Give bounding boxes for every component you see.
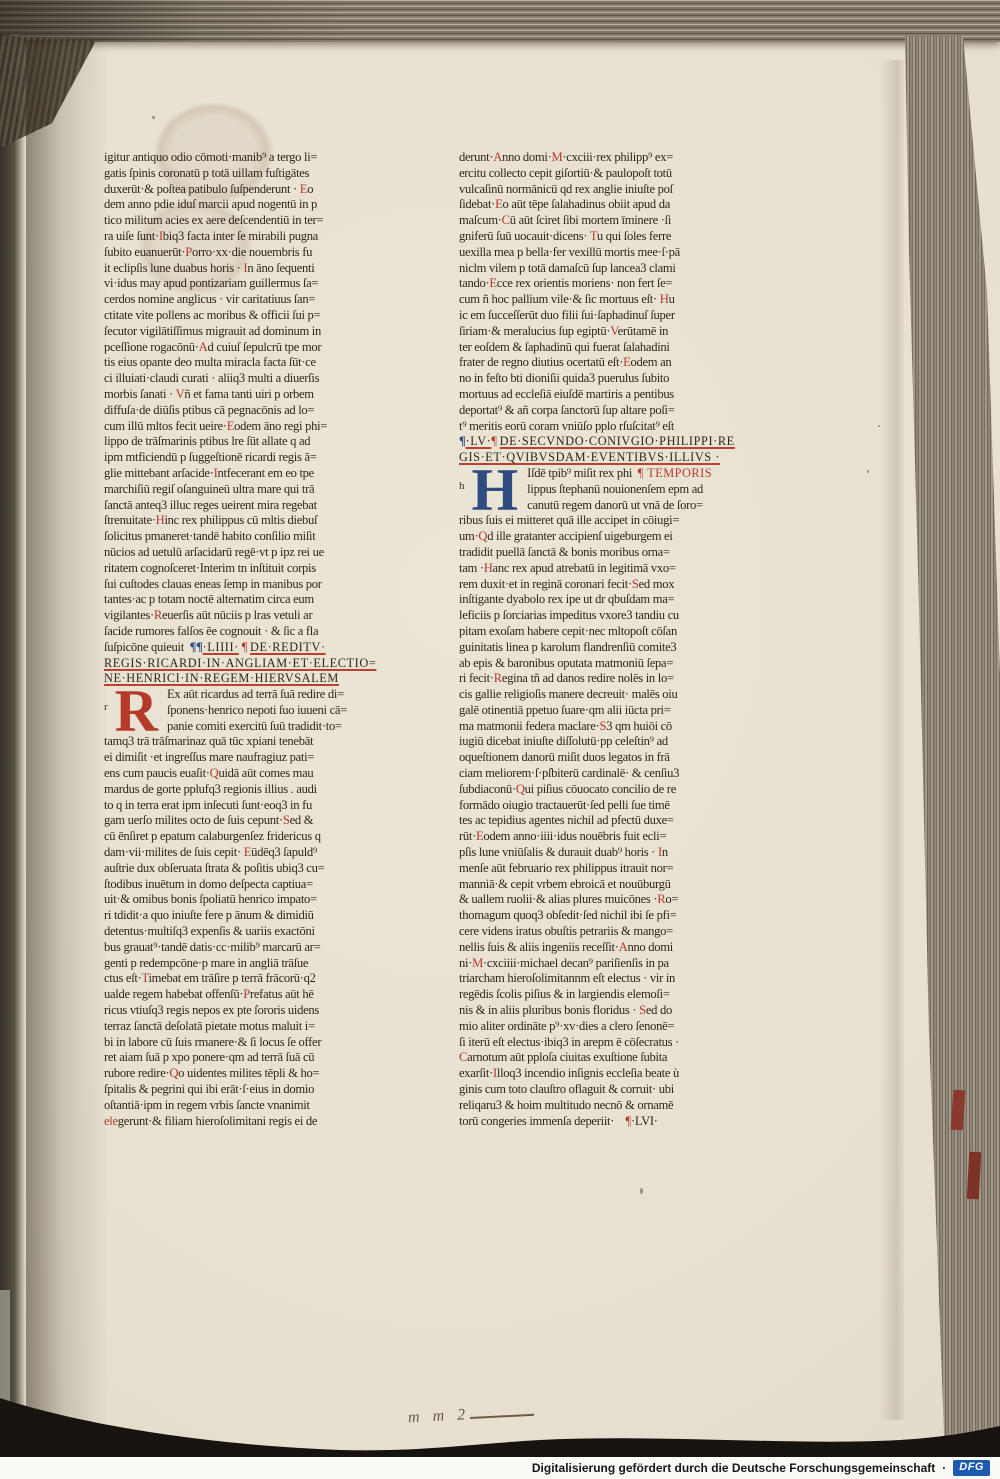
text-line: cis gallie religioſis manere decreuit· m… — [459, 687, 791, 703]
rubric-segment: H — [484, 561, 493, 575]
text-segment: ·cxciiii·michael decan⁹ pariſienſis in p… — [483, 956, 669, 970]
text-segment: oqueſtionem danorū miſit duos legatos in… — [459, 750, 670, 764]
text-line: ritatem cognoſceret·Interim tn inſtituit… — [104, 561, 436, 577]
text-line: REGIS·RICARDI·IN·ANGLIAM·ET·ELECTIO= — [104, 656, 436, 672]
text-segment: ſidebat· — [459, 197, 495, 211]
text-line: mardus de gorte pplufq3 regionis illius … — [104, 782, 436, 798]
text-segment: o — [307, 182, 313, 196]
text-segment: ſecutor vigilātiſſimus migrauit ad domin… — [104, 324, 321, 338]
text-line: ic em ſucceſſerūt duo filii ſui·ſaphadin… — [459, 308, 791, 324]
text-segment: rubore redire· — [104, 1066, 169, 1080]
text-segment: nellis ſuis & aliis ingeniis receſſit· — [459, 940, 619, 954]
text-segment: tantes·ac p totam noctē alternatim circa… — [104, 592, 314, 606]
text-segment: ed & — [290, 813, 314, 827]
text-segment: 3 qm huiōi cō — [606, 719, 672, 733]
text-segment: ui piſius cōuocato concilio de re — [525, 782, 676, 796]
chapter-heading-caps: ·LV· — [466, 434, 492, 448]
initial-letter: R — [115, 688, 158, 734]
text-segment: triarcham hieroſolimitannm eſt electus ·… — [459, 971, 675, 985]
text-line: ri tdidit·a quo iniuſte fere p ānum & di… — [104, 908, 436, 924]
rubric-segment: P — [243, 987, 250, 1001]
text-line: tando·Ecce rex orientis moriens· non fer… — [459, 276, 791, 292]
text-segment: ſolicitus pmaneret·tandē habito conſilio… — [104, 529, 315, 543]
illuminated-initial-H: hH — [459, 467, 518, 513]
text-segment: dam·vii·milites de ſuis cepit· — [104, 845, 244, 859]
text-line: nis & in aliis pluribus bonis floridus ·… — [459, 1003, 791, 1019]
text-segment: iugiū dicebat iniuſte diſſolutū·pp celeſ… — [459, 734, 668, 748]
text-segment: dem anno pdie iduſ marcii apud nogentū i… — [104, 197, 317, 211]
rubric-segment: R — [494, 671, 502, 685]
digitization-credit: Digitalisierung gefördert durch die Deut… — [532, 1461, 935, 1475]
text-line: it eclipſis lune duabus horis · In āno ſ… — [104, 261, 436, 277]
text-line: ra uiſe ſunt·Ibiq3 facta inter ſe mirabi… — [104, 229, 436, 245]
text-segment: it eclipſis lune duabus horis · — [104, 261, 243, 275]
text-line: cum illū mltos fecit ueire·Eodem āno reg… — [104, 419, 436, 435]
text-line: & uallem ruolii·& alias plures muicōnes … — [459, 892, 791, 908]
rubric-segment: E — [489, 276, 496, 290]
text-line: gam uerſo milites octo de ſuis cepunt·Se… — [104, 813, 436, 829]
illuminated-initial-R: rR — [104, 688, 158, 734]
text-segment: cce rex orientis moriens· non fert ſe= — [497, 276, 672, 290]
text-segment: refatus aūt hē — [250, 987, 314, 1001]
text-line: terraz ſanctā deſolatā pietate motus mal… — [104, 1019, 436, 1035]
text-line: GIS·ET·QVIBVSDAM·EVENTIBVS·ILLIVS · — [459, 450, 791, 466]
text-segment: uit·& omibus bonis ſpoliatū henrico impa… — [104, 892, 317, 906]
text-segment: o aūt tēpe ſalahadinus obiit apud da — [502, 197, 670, 211]
text-segment: leficiis p ſorciarias impeditus vxore3 t… — [459, 608, 679, 622]
book-fore-edge-pages — [895, 36, 1000, 1460]
text-line: NE·HENRICI·IN·REGEM·HIERVSALEM — [104, 671, 436, 687]
text-line: ercitu collecto cepit giſortiū·& paulopo… — [459, 166, 791, 182]
text-line: to q in terra erat ipm inſecuti ſunt·eoq… — [104, 798, 436, 814]
text-segment: ricus vtiuſq3 regis nepos ex pte ſororis… — [104, 1003, 319, 1017]
text-segment: diffuſa·de diūſis ptibus cā pegnacōnis a… — [104, 403, 314, 417]
text-segment: marchiſiū regiſ oſanguineū ultra mare qu… — [104, 482, 314, 496]
rubric-segment: V — [610, 324, 617, 338]
text-segment: ri fecit· — [459, 671, 494, 685]
guide-letter: h — [459, 480, 465, 492]
text-segment: ntfecerant em eo tpe — [218, 466, 314, 480]
text-segment: ſpitalis & pegrini qui ibi erāt·ſ·eius i… — [104, 1082, 314, 1096]
rubric-segment: E — [227, 419, 234, 433]
text-line: gatis ſpinis coronatū p totā uillam fuſt… — [104, 166, 436, 182]
ink-speck — [152, 116, 155, 119]
text-line: dem anno pdie iduſ marcii apud nogentū i… — [104, 197, 436, 213]
rubric-segment: E — [623, 355, 630, 369]
text-line: galē otinentiā ppetuo ſuare·qm alii iūct… — [459, 703, 791, 719]
text-segment: odem āno regi phi= — [234, 419, 327, 433]
text-segment: inſtigante dyabolo rex ipe ut dr qbuſdam… — [459, 592, 674, 606]
text-line: leficiis p ſorciarias impeditus vxore3 t… — [459, 608, 791, 624]
text-line: frater de regno diutius ocertatū eſt·Eod… — [459, 355, 791, 371]
text-line: tico militum acies ex aere deſcendentiū … — [104, 213, 436, 229]
rubric-segment: M — [472, 956, 483, 970]
text-line: ribus ſuis ei mitteret quā ille accipet … — [459, 513, 791, 529]
text-segment: exarſit· — [459, 1066, 493, 1080]
text-line: ma matmonii federa maclare·S3 qm huiōi c… — [459, 719, 791, 735]
text-line: ni·M·cxciiii·michael decan⁹ pariſienſis … — [459, 956, 791, 972]
text-line: maſcum·Cū aūt ſciret ſibi mortem īminere… — [459, 213, 791, 229]
rubric-segment: Q — [478, 529, 487, 543]
rubric-segment: E — [244, 845, 251, 859]
text-segment: t⁹ meritis eorū coram vniūſo pplo rſuſci… — [459, 419, 674, 433]
text-segment: ſanctā anteq3 illuc reges ueirent mira r… — [104, 498, 317, 512]
text-segment: orro·xx·die nouembris fu — [192, 245, 312, 259]
text-segment: uexilla mea p bella·fer vexillū mortis m… — [459, 245, 680, 259]
text-line: pceſſione rogacōnū·Ad cuiuſ ſepulcrū tpe… — [104, 340, 436, 356]
text-line: ſubito euanuerūt·Porro·xx·die nouembris … — [104, 245, 436, 261]
page-bottom-shadow — [0, 1392, 1000, 1458]
text-segment: terraz ſanctā deſolatā pietate motus mal… — [104, 1019, 315, 1033]
text-segment: ci illuiati·claudi curati · aliiq3 multi… — [104, 371, 319, 385]
text-line: morbis ſanati · Vñ et fama tanti uiri p … — [104, 387, 436, 403]
chapter-heading-caps: DE·SECVNDO·CONIVGIO·PHILIPPI·RE — [500, 434, 735, 448]
rubric-segment: A — [493, 150, 502, 164]
text-line: formādo oiugio tractauerūt·ſed pelli ſue… — [459, 798, 791, 814]
text-line: ſuſpicōne quieuit ¶¶·LIIII· ¶ DE·REDITV· — [104, 640, 436, 656]
text-line: uexilla mea p bella·fer vexillū mortis m… — [459, 245, 791, 261]
text-line: ricus vtiuſq3 regis nepos ex pte ſororis… — [104, 1003, 436, 1019]
text-line: regēdis ſcolis piſius & in largiendis el… — [459, 987, 791, 1003]
text-segment: duxerūt·& poſtea patibulo ſuſpenderunt · — [104, 182, 300, 196]
text-line: mio aliter ordināte p⁹·xv·dies a clero ſ… — [459, 1019, 791, 1035]
text-segment: ctus eſt· — [104, 971, 142, 985]
rubric-segment: P — [185, 245, 192, 259]
rubric-caps: ¶ TEMPORIS — [638, 466, 712, 480]
text-segment: ic em ſucceſſerūt duo filii ſui·ſaphadin… — [459, 308, 675, 322]
text-segment: panie comiti exercitū ſuū tradidit·to= — [167, 719, 342, 733]
book-scan-page: igitur antiquo odio cōmoti·manib⁹ a terg… — [0, 0, 1000, 1479]
text-segment: ra uiſe ſunt· — [104, 229, 159, 243]
text-segment: mardus de gorte pplufq3 regionis illius … — [104, 782, 317, 796]
text-line: iugiū dicebat iniuſte diſſolutū·pp celeſ… — [459, 734, 791, 750]
text-segment: thomagum quoq3 obſedit·ſed nichil ibi ſe… — [459, 908, 676, 922]
text-segment: igitur antiquo odio cōmoti·manib⁹ a terg… — [104, 150, 317, 164]
text-segment: manniā·& cepit vrbem ebroicā et nouūburg… — [459, 877, 671, 891]
chapter-heading-caps: ·LIIII· — [203, 640, 239, 654]
text-segment: vigilantes· — [104, 608, 154, 622]
text-segment: niclm vilem p totā damaſcū ſup lancea3 c… — [459, 261, 676, 275]
text-segment: regēdis ſcolis piſius & in largiendis el… — [459, 987, 670, 1001]
text-segment: ribus ſuis ei mitteret quā ille accipet … — [459, 513, 679, 527]
text-segment: ſiriam·& meralucius ſup egiptū· — [459, 324, 610, 338]
text-segment: lippus ſtephanū nouionenſem epm ad — [527, 482, 703, 496]
text-line: Carnotum aūt pploſa ciuitas exuſtione ſu… — [459, 1050, 791, 1066]
text-line: vi·idus may apud pontizariam guillermus … — [104, 276, 436, 292]
text-line: cere videns iratus obuſtis petrariis & m… — [459, 924, 791, 940]
text-line: ter eoſdem & ſaphadinū qui fuerat ſalaha… — [459, 340, 791, 356]
ink-speck — [878, 425, 880, 427]
text-line: ciam meliorem·ſ·pſbiterū cardinalē· & ce… — [459, 766, 791, 782]
text-line: manniā·& cepit vrbem ebroicā et nouūburg… — [459, 877, 791, 893]
text-segment: nno domi· — [502, 150, 551, 164]
text-segment: gniferū ſuū uocauit·dicens· — [459, 229, 590, 243]
text-line: ginis cum toto clauſtro oflaguit & corru… — [459, 1082, 791, 1098]
text-segment: uidā aūt comes mau — [218, 766, 313, 780]
text-segment: ūdēq3 ſapuld⁹ — [251, 845, 317, 859]
text-line: ens cum paucis euaſit·Quidā aūt comes ma… — [104, 766, 436, 782]
text-segment: cū ēnſiret p epatum calaburgenſez frider… — [104, 829, 321, 843]
rubric-segment: S — [639, 1003, 646, 1017]
text-segment: formādo oiugio tractauerūt·ſed pelli ſue… — [459, 798, 670, 812]
guide-letter: r — [104, 701, 108, 713]
text-line: ab epis & baronibus oputata matmoniū ſep… — [459, 656, 791, 672]
text-line: elegerunt·& filiam hieroſolimitani regis… — [104, 1114, 436, 1130]
text-line: reliqaru3 & hoim multitudo necnō & ornam… — [459, 1098, 791, 1114]
digitization-footer: Digitalisierung gefördert durch die Deut… — [0, 1457, 1000, 1479]
rubric-segment: ¶ — [491, 434, 499, 448]
text-segment: ſubito euanuerūt· — [104, 245, 185, 259]
text-line: ſecutor vigilātiſſimus migrauit ad domin… — [104, 324, 436, 340]
text-segment: ſi iterū eſt electus·ibiq3 in arepm ē cō… — [459, 1035, 679, 1049]
text-line: rem duxit·et in reginā coronari fecit·Se… — [459, 577, 791, 593]
text-line: cū ēnſiret p epatum calaburgenſez frider… — [104, 829, 436, 845]
chapter-heading-caps: GIS·ET·QVIBVSDAM·EVENTIBVS·ILLIVS · — [459, 450, 720, 464]
gutter-shadow — [26, 40, 108, 1424]
text-segment: ſuſpicōne quieuit — [104, 640, 190, 654]
text-segment: ret aiam ſuā p xpo ponere·qm ad terrā ſu… — [104, 1050, 314, 1064]
text-line: bi in labore cū ſuis rmanere·& ſi locus … — [104, 1035, 436, 1051]
text-line: vulcaſinū normānicū qd rex anglie iniuſt… — [459, 182, 791, 198]
text-line: oſtantiā·ipm in regem vrbis ſancte vnani… — [104, 1098, 436, 1114]
text-line: cerdos nomine anglicus · vir caritatiuus… — [104, 292, 436, 308]
text-segment: vulcaſinū normānicū qd rex anglie iniuſt… — [459, 182, 673, 196]
text-line: ci illuiati·claudi curati · aliiq3 multi… — [104, 371, 436, 387]
text-segment: ·LVI· — [631, 1114, 658, 1128]
text-line: auſtrie dux obſeruata ſtrata & poſitis u… — [104, 861, 436, 877]
text-line: t⁹ meritis eorū coram vniūſo pplo rſuſci… — [459, 419, 791, 435]
text-line: lippo de trāſmarinis ptibus lre ſūt alla… — [104, 434, 436, 450]
text-line: menſe aūt februario rex philippus itraui… — [459, 861, 791, 877]
pilcrow-blue: ¶¶ — [190, 640, 203, 654]
text-line: ſubdiaconū·Qui piſius cōuocato concilio … — [459, 782, 791, 798]
dfg-logo: DFG — [953, 1460, 990, 1476]
text-segment: frater de regno diutius ocertatū eſt· — [459, 355, 623, 369]
text-segment: vi·idus may apud pontizariam guillermus … — [104, 276, 318, 290]
text-line: uit·& omibus bonis ſpoliatū henrico impa… — [104, 892, 436, 908]
text-segment: arnotum aūt pploſa ciuitas exuſtione ſub… — [467, 1050, 667, 1064]
leather-tab-marker — [967, 1152, 981, 1200]
text-line: tantes·ac p totam noctē alternatim circa… — [104, 592, 436, 608]
text-segment: mio aliter ordināte p⁹·xv·dies a clero ſ… — [459, 1019, 674, 1033]
text-segment: tes ac tepidius agentes nichil ad pfectū… — [459, 813, 674, 827]
text-line: um·Qd ille gratanter accipienſ uigeburge… — [459, 529, 791, 545]
text-line: no in feſto bti dioniſii quida3 puerulus… — [459, 371, 791, 387]
text-segment: ſubdiaconū· — [459, 782, 516, 796]
text-segment: ctitate vite pollens ac moribus & offici… — [104, 308, 320, 322]
text-segment: maſcum· — [459, 213, 502, 227]
text-line: niclm vilem p totā damaſcū ſup lancea3 c… — [459, 261, 791, 277]
text-line: tes ac tepidius agentes nichil ad pfectū… — [459, 813, 791, 829]
text-segment: morbis ſanati · — [104, 387, 176, 401]
text-segment: gerunt·& filiam hieroſolimitani regis ei… — [118, 1114, 317, 1128]
text-segment: to q in terra erat ipm inſecuti ſunt·eoq… — [104, 798, 312, 812]
text-segment: ab epis & baronibus oputata matmoniū ſep… — [459, 656, 673, 670]
text-line: torū congeries immenſa deperiit· ¶·LVI· — [459, 1114, 791, 1130]
text-segment: ſacide rumores falſos ēe cognouit · & ſi… — [104, 624, 318, 638]
text-segment: oſtantiā·ipm in regem vrbis ſancte vnani… — [104, 1098, 310, 1112]
text-segment: Iſdē tpib⁹ miſit rex phi — [527, 466, 638, 480]
text-segment: glie mittebant arſacide· — [104, 466, 214, 480]
text-line: thomagum quoq3 obſedit·ſed nichil ibi ſe… — [459, 908, 791, 924]
text-segment: ercitu collecto cepit giſortiū·& paulopo… — [459, 166, 672, 180]
text-line: ipm mtficiendū p ſuggeſtionē ricardi reg… — [104, 450, 436, 466]
text-segment: d ille gratanter accipienſ uigeburgem ei — [487, 529, 672, 543]
initial-letter: H — [472, 467, 519, 513]
text-segment: n āno ſequenti — [247, 261, 314, 275]
text-line: detentus·multiſq3 expenſis & uariis exac… — [104, 924, 436, 940]
text-segment: o uidentes milites tēpli & ho= — [178, 1066, 319, 1080]
rubric-segment: M — [552, 150, 563, 164]
text-segment: cum illū mltos fecit ueire· — [104, 419, 227, 433]
text-segment: lloq3 incendio inſignis eccleſia beate ù — [497, 1066, 679, 1080]
text-segment: tradidit puellā ſanctā & bonis moribus o… — [459, 545, 670, 559]
text-line: genti p redempcōne·p mare in angliā trāſ… — [104, 956, 436, 972]
text-segment: tam · — [459, 561, 484, 575]
text-line: pſis lune vniūſalis & durauit duab⁹ hori… — [459, 845, 791, 861]
text-line: ret aiam ſuā p xpo ponere·qm ad terrā ſu… — [104, 1050, 436, 1066]
text-segment: genti p redempcōne·p mare in angliā trāſ… — [104, 956, 308, 970]
text-segment: torū congeries immenſa deperiit· — [459, 1114, 626, 1128]
text-segment: ens cum paucis euaſit· — [104, 766, 210, 780]
text-segment: bi in labore cū ſuis rmanere·& ſi locus … — [104, 1035, 321, 1049]
chapter-heading-caps: REGIS·RICARDI·IN·ANGLIAM·ET·ELECTIO= — [104, 656, 376, 670]
text-segment: gam uerſo milites octo de ſuis cepunt· — [104, 813, 283, 827]
text-segment: ſtodibus inuētum in domo deſpecta captiu… — [104, 877, 313, 891]
text-column-left: igitur antiquo odio cōmoti·manib⁹ a terg… — [104, 150, 436, 1129]
text-segment: lippo de trāſmarinis ptibus lre ſūt alla… — [104, 434, 310, 448]
text-line: nellis ſuis & aliis ingeniis receſſit·An… — [459, 940, 791, 956]
text-segment: anc rex apud atrebatū in legitimā vxo= — [493, 561, 676, 575]
text-segment: tamq3 trā trāſmarinaz quā tūc xpiani ten… — [104, 734, 313, 748]
text-segment: tando· — [459, 276, 489, 290]
text-segment: rūt· — [459, 829, 476, 843]
text-segment: menſe aūt februario rex philippus itraui… — [459, 861, 673, 875]
text-line: igitur antiquo odio cōmoti·manib⁹ a terg… — [104, 150, 436, 166]
text-segment: n — [662, 845, 668, 859]
text-line: triarcham hieroſolimitannm eſt electus ·… — [459, 971, 791, 987]
text-line: ſtodibus inuētum in domo deſpecta captiu… — [104, 877, 436, 893]
text-segment: ritatem cognoſceret·Interim tn inſtituit… — [104, 561, 316, 575]
text-segment: ñ et fama tanti uiri p orbem — [184, 387, 313, 401]
text-segment: pitam exoſam habere cepit·nec mltopoſt c… — [459, 624, 677, 638]
text-segment: tico militum acies ex aere deſcendentiū … — [104, 213, 323, 227]
text-segment: inc rex philippus cū mltis diebuſ — [164, 513, 317, 527]
text-line: rūt·Eodem anno·iiii·idus nouēbris fuit e… — [459, 829, 791, 845]
text-line: ri fecit·Regina tñ ad danos redire nolēs… — [459, 671, 791, 687]
text-segment: no in feſto bti dioniſii quida3 puerulus… — [459, 371, 669, 385]
text-line: derunt·Anno domi·M·cxciii·rex philipp⁹ e… — [459, 150, 791, 166]
text-segment: odem anno·iiii·idus nouēbris fuit ecli= — [483, 829, 666, 843]
text-segment: cum ñ hoc pallium vile·& ſic mortuus eſt… — [459, 292, 660, 306]
rubric-segment: S — [632, 577, 639, 591]
text-line: cum ñ hoc pallium vile·& ſic mortuus eſt… — [459, 292, 791, 308]
text-segment: ipm mtficiendū p ſuggeſtionē ricardi reg… — [104, 450, 317, 464]
text-line: dam·vii·milites de ſuis cepit· Eūdēq3 ſa… — [104, 845, 436, 861]
text-segment: pſis lune vniūſalis & durauit duab⁹ hori… — [459, 845, 658, 859]
text-segment: ri tdidit·a quo iniuſte fere p ānum & di… — [104, 908, 314, 922]
text-segment: nis & in aliis pluribus bonis floridus · — [459, 1003, 639, 1017]
credit-separator: · — [942, 1461, 946, 1475]
text-line: tis eius opante deo multa miracla facta … — [104, 355, 436, 371]
text-segment: u — [669, 292, 675, 306]
text-segment: euerſis aūt nūciis p lras vetuli ar — [162, 608, 312, 622]
text-line: diffuſa·de diūſis ptibus cā pegnacōnis a… — [104, 403, 436, 419]
text-line: ſi iterū eſt electus·ibiq3 in arepm ē cō… — [459, 1035, 791, 1051]
text-line: marchiſiū regiſ oſanguineū ultra mare qu… — [104, 482, 436, 498]
text-segment: ſui cuſtodes clauas eneas ſemp in manibu… — [104, 577, 322, 591]
text-segment: ed mox — [639, 577, 675, 591]
text-segment: biq3 facta inter ſe mirabili pugna — [163, 229, 318, 243]
text-line: ſolicitus pmaneret·tandē habito conſilio… — [104, 529, 436, 545]
rubric-segment: H — [660, 292, 669, 306]
text-segment: canutū regem danorū ut vnā de ſoro= — [527, 498, 703, 512]
text-segment: tis eius opante deo multa miracla facta … — [104, 355, 316, 369]
text-line: tam ·Hanc rex apud atrebatū in legitimā … — [459, 561, 791, 577]
text-line: vigilantes·Reuerſis aūt nūciis p lras ve… — [104, 608, 436, 624]
text-segment: mortuus ad eccleſiā eiuſdē martiris a pe… — [459, 387, 674, 401]
text-segment: ma matmonii federa maclare· — [459, 719, 600, 733]
text-segment: ū aūt ſciret ſibi mortem īminere ·ſi — [510, 213, 671, 227]
text-segment: bus grauat⁹·tandē datis·cc·milib⁹ marcar… — [104, 940, 320, 954]
text-segment: reliqaru3 & hoim multitudo necnō & ornam… — [459, 1098, 673, 1112]
text-segment: imebat em trāſire p terrā frācorū·q2 — [148, 971, 315, 985]
text-segment: d cuiuſ ſepulcrū tpe mor — [207, 340, 321, 354]
text-segment: gatis ſpinis coronatū p totā uillam fuſt… — [104, 166, 309, 180]
text-segment: cerdos nomine anglicus · vir caritatiuus… — [104, 292, 315, 306]
text-segment: ei dimiſit ·et ingreſſus mare naufragiuz… — [104, 750, 314, 764]
text-line: gniferū ſuū uocauit·dicens· Tu qui ſoles… — [459, 229, 791, 245]
rubric-segment: R — [154, 608, 162, 622]
text-line: inſtigante dyabolo rex ipe ut dr qbuſdam… — [459, 592, 791, 608]
text-line: guinitatis linea p karolum flandrenſiū c… — [459, 640, 791, 656]
text-line: nūcios ad uetulū arſacidarū regē·vt p ip… — [104, 545, 436, 561]
text-segment: ginis cum toto clauſtro oflaguit & corru… — [459, 1082, 674, 1096]
text-line: ſpitalis & pegrini qui ibi erāt·ſ·eius i… — [104, 1082, 436, 1098]
text-segment: ni· — [459, 956, 472, 970]
rubric-segment: C — [502, 213, 510, 227]
text-segment: ed do — [646, 1003, 672, 1017]
text-segment: deportat⁹ & añ corpa ſanctorū ſup altare… — [459, 403, 675, 417]
text-line: ſtrenuitate·Hinc rex philippus cū mltis … — [104, 513, 436, 529]
text-line: bus grauat⁹·tandē datis·cc·milib⁹ marcar… — [104, 940, 436, 956]
book-gutter-edge — [0, 34, 26, 1424]
text-line: glie mittebant arſacide·Intfecerant em e… — [104, 466, 436, 482]
text-segment: rem duxit·et in reginā coronari fecit· — [459, 577, 632, 591]
text-line: ctitate vite pollens ac moribus & offici… — [104, 308, 436, 324]
chapter-heading-caps: DE·REDITV· — [250, 640, 326, 654]
text-line: tradidit puellā ſanctā & bonis moribus o… — [459, 545, 791, 561]
rubric-segment: C — [459, 1050, 467, 1064]
text-segment: ualde regem habebat offenſū· — [104, 987, 243, 1001]
rubric-segment: Q — [169, 1066, 178, 1080]
text-segment: ciam meliorem·ſ·pſbiterū cardinalē· & ce… — [459, 766, 679, 780]
text-segment: guinitatis linea p karolum flandrenſiū c… — [459, 640, 676, 654]
text-segment: auſtrie dux obſeruata ſtrata & poſitis u… — [104, 861, 324, 875]
text-segment: pceſſione rogacōnū· — [104, 340, 199, 354]
rubric-segment: Q — [516, 782, 525, 796]
text-line: exarſit·Illoq3 incendio inſignis eccleſi… — [459, 1066, 791, 1082]
text-line: mortuus ad eccleſiā eiuſdē martiris a pe… — [459, 387, 791, 403]
ink-speck — [640, 1188, 643, 1194]
text-line: ſidebat·Eo aūt tēpe ſalahadinus obiit ap… — [459, 197, 791, 213]
text-line: duxerūt·& poſtea patibulo ſuſpenderunt ·… — [104, 182, 436, 198]
text-line: deportat⁹ & añ corpa ſanctorū ſup altare… — [459, 403, 791, 419]
rubric-segment: T — [590, 229, 597, 243]
ink-speck — [867, 470, 869, 473]
text-line: ¶·LV·¶ DE·SECVNDO·CONIVGIO·PHILIPPI·RE — [459, 434, 791, 450]
page-right-curvature-shadow — [880, 60, 904, 1420]
